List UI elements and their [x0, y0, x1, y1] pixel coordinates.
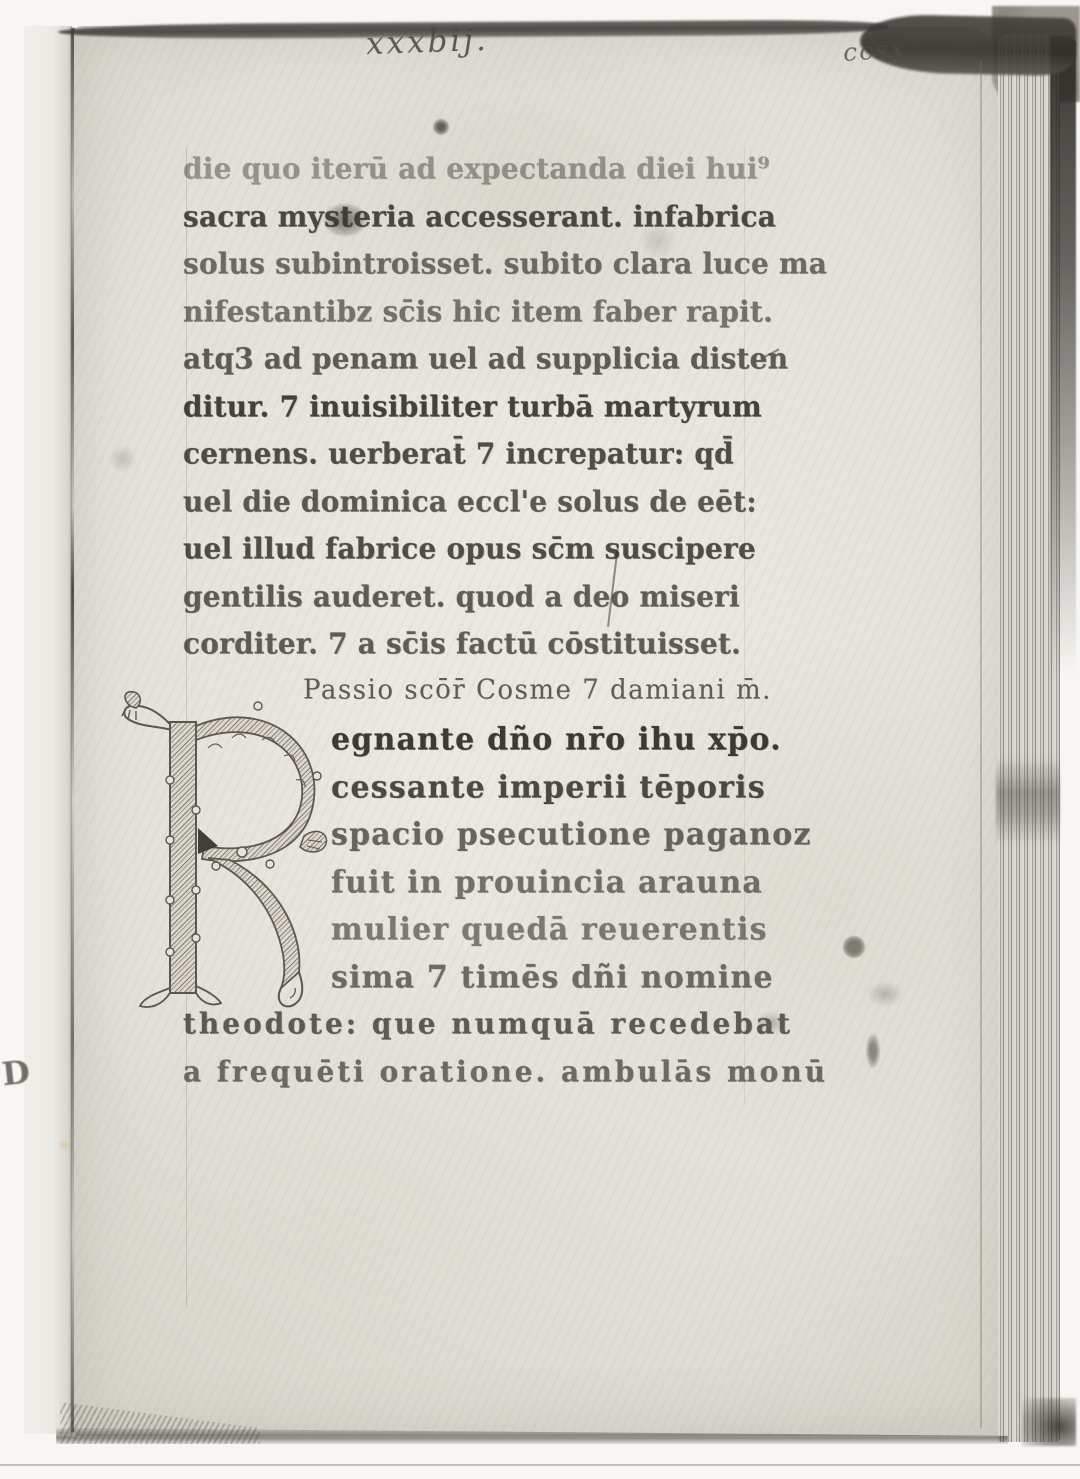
- manuscript-text-line: corditer. 7 a sc̄is factū cōstituisset.: [183, 626, 741, 660]
- manuscript-text-line: ditur. 7 inuisibiliter turbā martyrum: [183, 389, 762, 423]
- manuscript-text-line: mulier quedā reuerentis: [331, 911, 768, 947]
- manuscript-text-line: cessante imperii tēporis: [331, 769, 766, 805]
- fore-edge-smudge: [996, 758, 1060, 844]
- manuscript-text-line: gentilis auderet. quod a deo miseri: [183, 579, 740, 613]
- manuscript-text-line: sacra mysteria accesserant. infabrica: [183, 199, 776, 233]
- rubric-line: Passio scōr̄ Cosme 7 damiani m̄.: [303, 674, 772, 705]
- previous-page-edge: [24, 26, 72, 1434]
- manuscript-text-line: nifestantibz sc̄is hic item faber rapit.: [183, 294, 773, 328]
- manuscript-text-line: spacio psecutione paganoz: [331, 816, 812, 852]
- manuscript-text-line: egnante dño nr̄o ihu xp̄o.: [331, 721, 782, 757]
- manuscript-text-line: fuit in prouincia arauna: [331, 864, 763, 900]
- manuscript-text-line: uel illud fabrice opus sc̄m suscipere: [183, 531, 756, 565]
- margin-scribble: D: [0, 1053, 32, 1094]
- manuscript-text-line: sima 7 timēs dñi nomine: [331, 959, 774, 995]
- manuscript-text-line: a frequēti oratione. ambulās monū: [183, 1054, 828, 1088]
- folio-number-right: ccsx: [842, 34, 907, 67]
- manuscript-text-line: solus subintroisset. subito clara luce m…: [183, 246, 827, 280]
- photo-border-line: [0, 1464, 1080, 1466]
- illuminated-initial-R: [112, 688, 330, 1020]
- fore-edge-shadow: [1050, 36, 1076, 676]
- manuscript-text-line: cernens. uerberat̄ 7 increpatur: qd̄: [183, 436, 734, 470]
- manuscript-text-line: uel die dominica eccl'e solus de eēt:: [183, 484, 757, 518]
- manuscript-text-line: die quo iterū ad expectanda diei hui⁹: [183, 151, 770, 185]
- manuscript-photo: xxxbij. ccsx die quo iterū ad expectanda…: [0, 0, 1080, 1479]
- page-right-edge-line: [980, 60, 982, 1428]
- manuscript-text-line: atq3 ad penam uel ad supplicia disten: [183, 341, 788, 375]
- folio-number-roman: xxxbij.: [365, 22, 489, 62]
- fore-edge-corner-blot: [1022, 1398, 1076, 1446]
